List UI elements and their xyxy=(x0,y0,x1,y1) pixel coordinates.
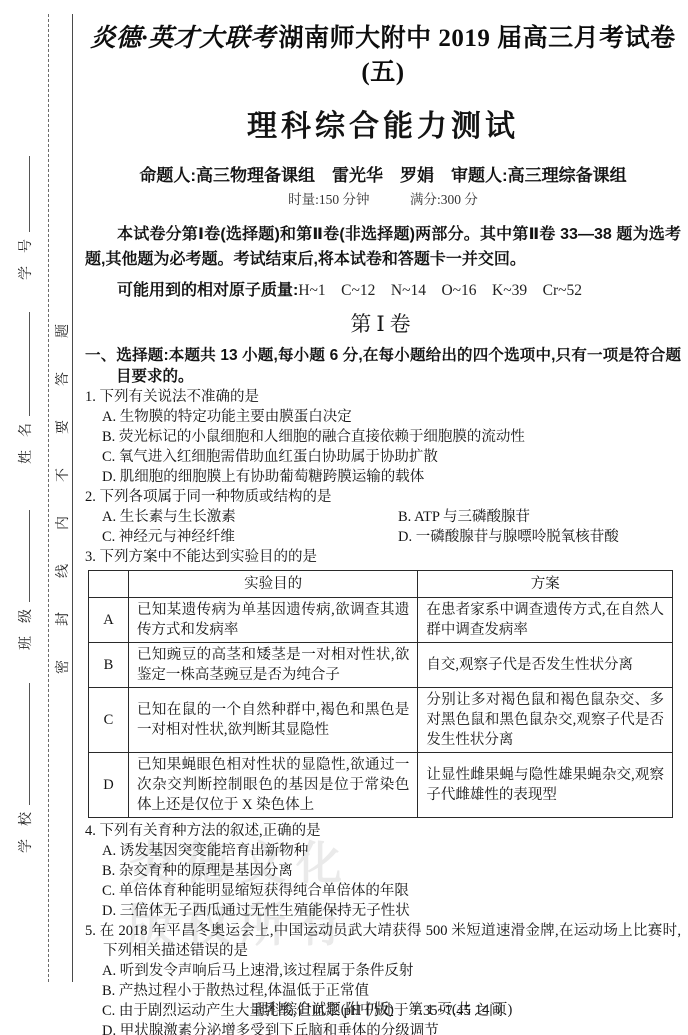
school-label: 学校 xyxy=(19,799,34,853)
subject-title: 理科综合能力测试 xyxy=(85,110,681,144)
row-purpose: 已知豌豆的高茎和矮茎是一对相对性状,欲鉴定一株高茎豌豆是否为纯合子 xyxy=(128,643,417,688)
question-5-option-b: B. 产热过程小于散热过程,体温低于正常值 xyxy=(85,981,681,1001)
atomic-mass-line: 可能用到的相对原子质量:H~1 C~12 N~14 O~16 K~39 Cr~5… xyxy=(85,281,681,301)
question-4-option-d: D. 三倍体无子西瓜通过无性生殖能保持无子性状 xyxy=(85,901,681,921)
row-label: A xyxy=(89,598,129,643)
question-4-stem: 4. 下列有关育种方法的叙述,正确的是 xyxy=(85,821,681,841)
question-1-option-b: B. 荧光标记的小鼠细胞和人细胞的融合直接依赖于细胞膜的流动性 xyxy=(85,427,681,447)
question-3-stem: 3. 下列方案中不能达到实验目的的是 xyxy=(85,547,681,567)
atomic-mass-values: H~1 C~12 N~14 O~16 K~39 Cr~52 xyxy=(298,282,582,299)
seal-solid-line xyxy=(72,14,73,982)
question-1-stem: 1. 下列有关说法不准确的是 xyxy=(85,387,681,407)
table-row: D 已知果蝇眼色相对性状的显隐性,欲通过一次杂交判断控制眼色的基因是位于常染色体… xyxy=(89,753,673,818)
table-header-plan: 方案 xyxy=(418,571,673,598)
table-corner-cell xyxy=(89,571,129,598)
row-plan: 在患者家系中调查遗传方式,在自然人群中调查发病率 xyxy=(418,598,673,643)
question-2-option-d: D. 一磷酸腺苷与腺嘌呤脱氧核苷酸 xyxy=(398,527,681,547)
class-label: 班级 xyxy=(19,596,34,650)
fill-in-blank xyxy=(25,312,30,416)
page-footer: 理科综合试题(附中版) 第 1 页(共 14 页) xyxy=(85,1001,681,1019)
row-purpose: 已知在鼠的一个自然种群中,褐色和黑色是一对相对性状,欲判断其显隐性 xyxy=(128,688,417,753)
student-id-label: 学号 xyxy=(19,226,34,280)
fill-in-blank xyxy=(25,156,30,232)
row-plan: 让显性雌果蝇与隐性雄果蝇杂交,观察子代雌雄性的表现型 xyxy=(418,753,673,818)
question-5-option-d: D. 甲状腺激素分泌增多受到下丘脑和垂体的分级调节 xyxy=(85,1021,681,1035)
row-label: D xyxy=(89,753,129,818)
section-1-heading: 第Ⅰ卷 xyxy=(85,311,681,338)
row-purpose: 已知某遗传病为单基因遗传病,欲调查其遗传方式和发病率 xyxy=(128,598,417,643)
question-2: 2. 下列各项属于同一种物质或结构的是 A. 生长素与生长激素 B. ATP 与… xyxy=(85,487,681,547)
question-5-option-a: A. 听到发令声响后马上速滑,该过程属于条件反射 xyxy=(85,961,681,981)
table-row: B 已知豌豆的高茎和矮茎是一对相对性状,欲鉴定一株高茎豌豆是否为纯合子 自交,观… xyxy=(89,643,673,688)
setter-reviewer-line: 命题人:高三物理备课组 雷光华 罗娟 审题人:高三理综备课组 xyxy=(85,166,681,186)
question-2-option-a: A. 生长素与生长激素 xyxy=(102,507,398,527)
table-header-row: 实验目的 方案 xyxy=(89,571,673,598)
table-row: C 已知在鼠的一个自然种群中,褐色和黑色是一对相对性状,欲判断其显隐性 分别让多… xyxy=(89,688,673,753)
question-1: 1. 下列有关说法不准确的是 A. 生物膜的特定功能主要由膜蛋白决定 B. 荧光… xyxy=(85,387,681,487)
question-2-option-b: B. ATP 与三磷酸腺苷 xyxy=(398,507,681,527)
exam-series-title: 炎德·英才大联考湖南师大附中 2019 届高三月考试卷(五) xyxy=(85,22,681,90)
row-purpose: 已知果蝇眼色相对性状的显隐性,欲通过一次杂交判断控制眼色的基因是位于常染色体上还… xyxy=(128,753,417,818)
question-1-option-a: A. 生物膜的特定功能主要由膜蛋白决定 xyxy=(85,407,681,427)
question-2-option-c: C. 神经元与神经纤维 xyxy=(102,527,398,547)
multiple-choice-instruction: 一、选择题:本题共 13 小题,每小题 6 分,在每小题给出的四个选项中,只有一… xyxy=(85,345,681,387)
question-3: 3. 下列方案中不能达到实验目的的是 实验目的 方案 A 已知某遗传病为单基因遗… xyxy=(85,547,681,818)
question-4-option-c: C. 单倍体育种能明显缩短获得纯合单倍体的年限 xyxy=(85,881,681,901)
exam-instructions-paragraph: 本试卷分第Ⅰ卷(选择题)和第Ⅱ卷(非选择题)两部分。其中第Ⅱ卷 33—38 题为… xyxy=(85,222,681,272)
school-field: 学校 xyxy=(19,683,35,853)
fill-in-blank xyxy=(25,683,30,805)
row-plan: 分别让多对褐色鼠和褐色鼠杂交、多对黑色鼠和黑色鼠杂交,观察子代是否发生性状分离 xyxy=(418,688,673,753)
brand-name: 炎德·英才大联考 xyxy=(90,25,275,52)
row-plan: 自交,观察子代是否发生性状分离 xyxy=(418,643,673,688)
seal-dashed-line xyxy=(48,14,49,982)
question-3-table: 实验目的 方案 A 已知某遗传病为单基因遗传病,欲调查其遗传方式和发病率 在患者… xyxy=(88,570,673,818)
exam-paper: 炎德·英才大联考湖南师大附中 2019 届高三月考试卷(五) 理科综合能力测试 … xyxy=(85,0,681,1035)
atomic-mass-label: 可能用到的相对原子质量: xyxy=(117,282,298,299)
question-5-stem: 5. 在 2018 年平昌冬奥运会上,中国运动员武大靖获得 500 米短道速滑金… xyxy=(85,921,681,961)
class-field: 班级 xyxy=(19,510,35,650)
table-header-purpose: 实验目的 xyxy=(128,571,417,598)
question-4: 4. 下列有关育种方法的叙述,正确的是 A. 诱发基因突变能培育出新物种 B. … xyxy=(85,821,681,921)
fill-in-blank xyxy=(25,510,30,602)
question-1-option-c: C. 氧气进入红细胞需借助血红蛋白协助属于协助扩散 xyxy=(85,447,681,467)
question-2-stem: 2. 下列各项属于同一种物质或结构的是 xyxy=(85,487,681,507)
table-row: A 已知某遗传病为单基因遗传病,欲调查其遗传方式和发病率 在患者家系中调查遗传方… xyxy=(89,598,673,643)
seal-instruction-text: 密封线内不要答题 xyxy=(52,290,72,674)
exam-title-rest: 湖南师大附中 2019 届高三月考试卷(五) xyxy=(279,25,676,86)
question-4-option-b: B. 杂交育种的原理是基因分离 xyxy=(85,861,681,881)
row-label: B xyxy=(89,643,129,688)
student-id-field: 学号 xyxy=(19,156,35,280)
question-4-option-a: A. 诱发基因突变能培育出新物种 xyxy=(85,841,681,861)
row-label: C xyxy=(89,688,129,753)
duration-score-line: 时量:150 分钟 满分:300 分 xyxy=(85,192,681,208)
name-label: 姓名 xyxy=(19,410,34,464)
question-1-option-d: D. 肌细胞的细胞膜上有协助葡萄糖跨膜运输的载体 xyxy=(85,467,681,487)
name-field: 姓名 xyxy=(19,312,35,464)
